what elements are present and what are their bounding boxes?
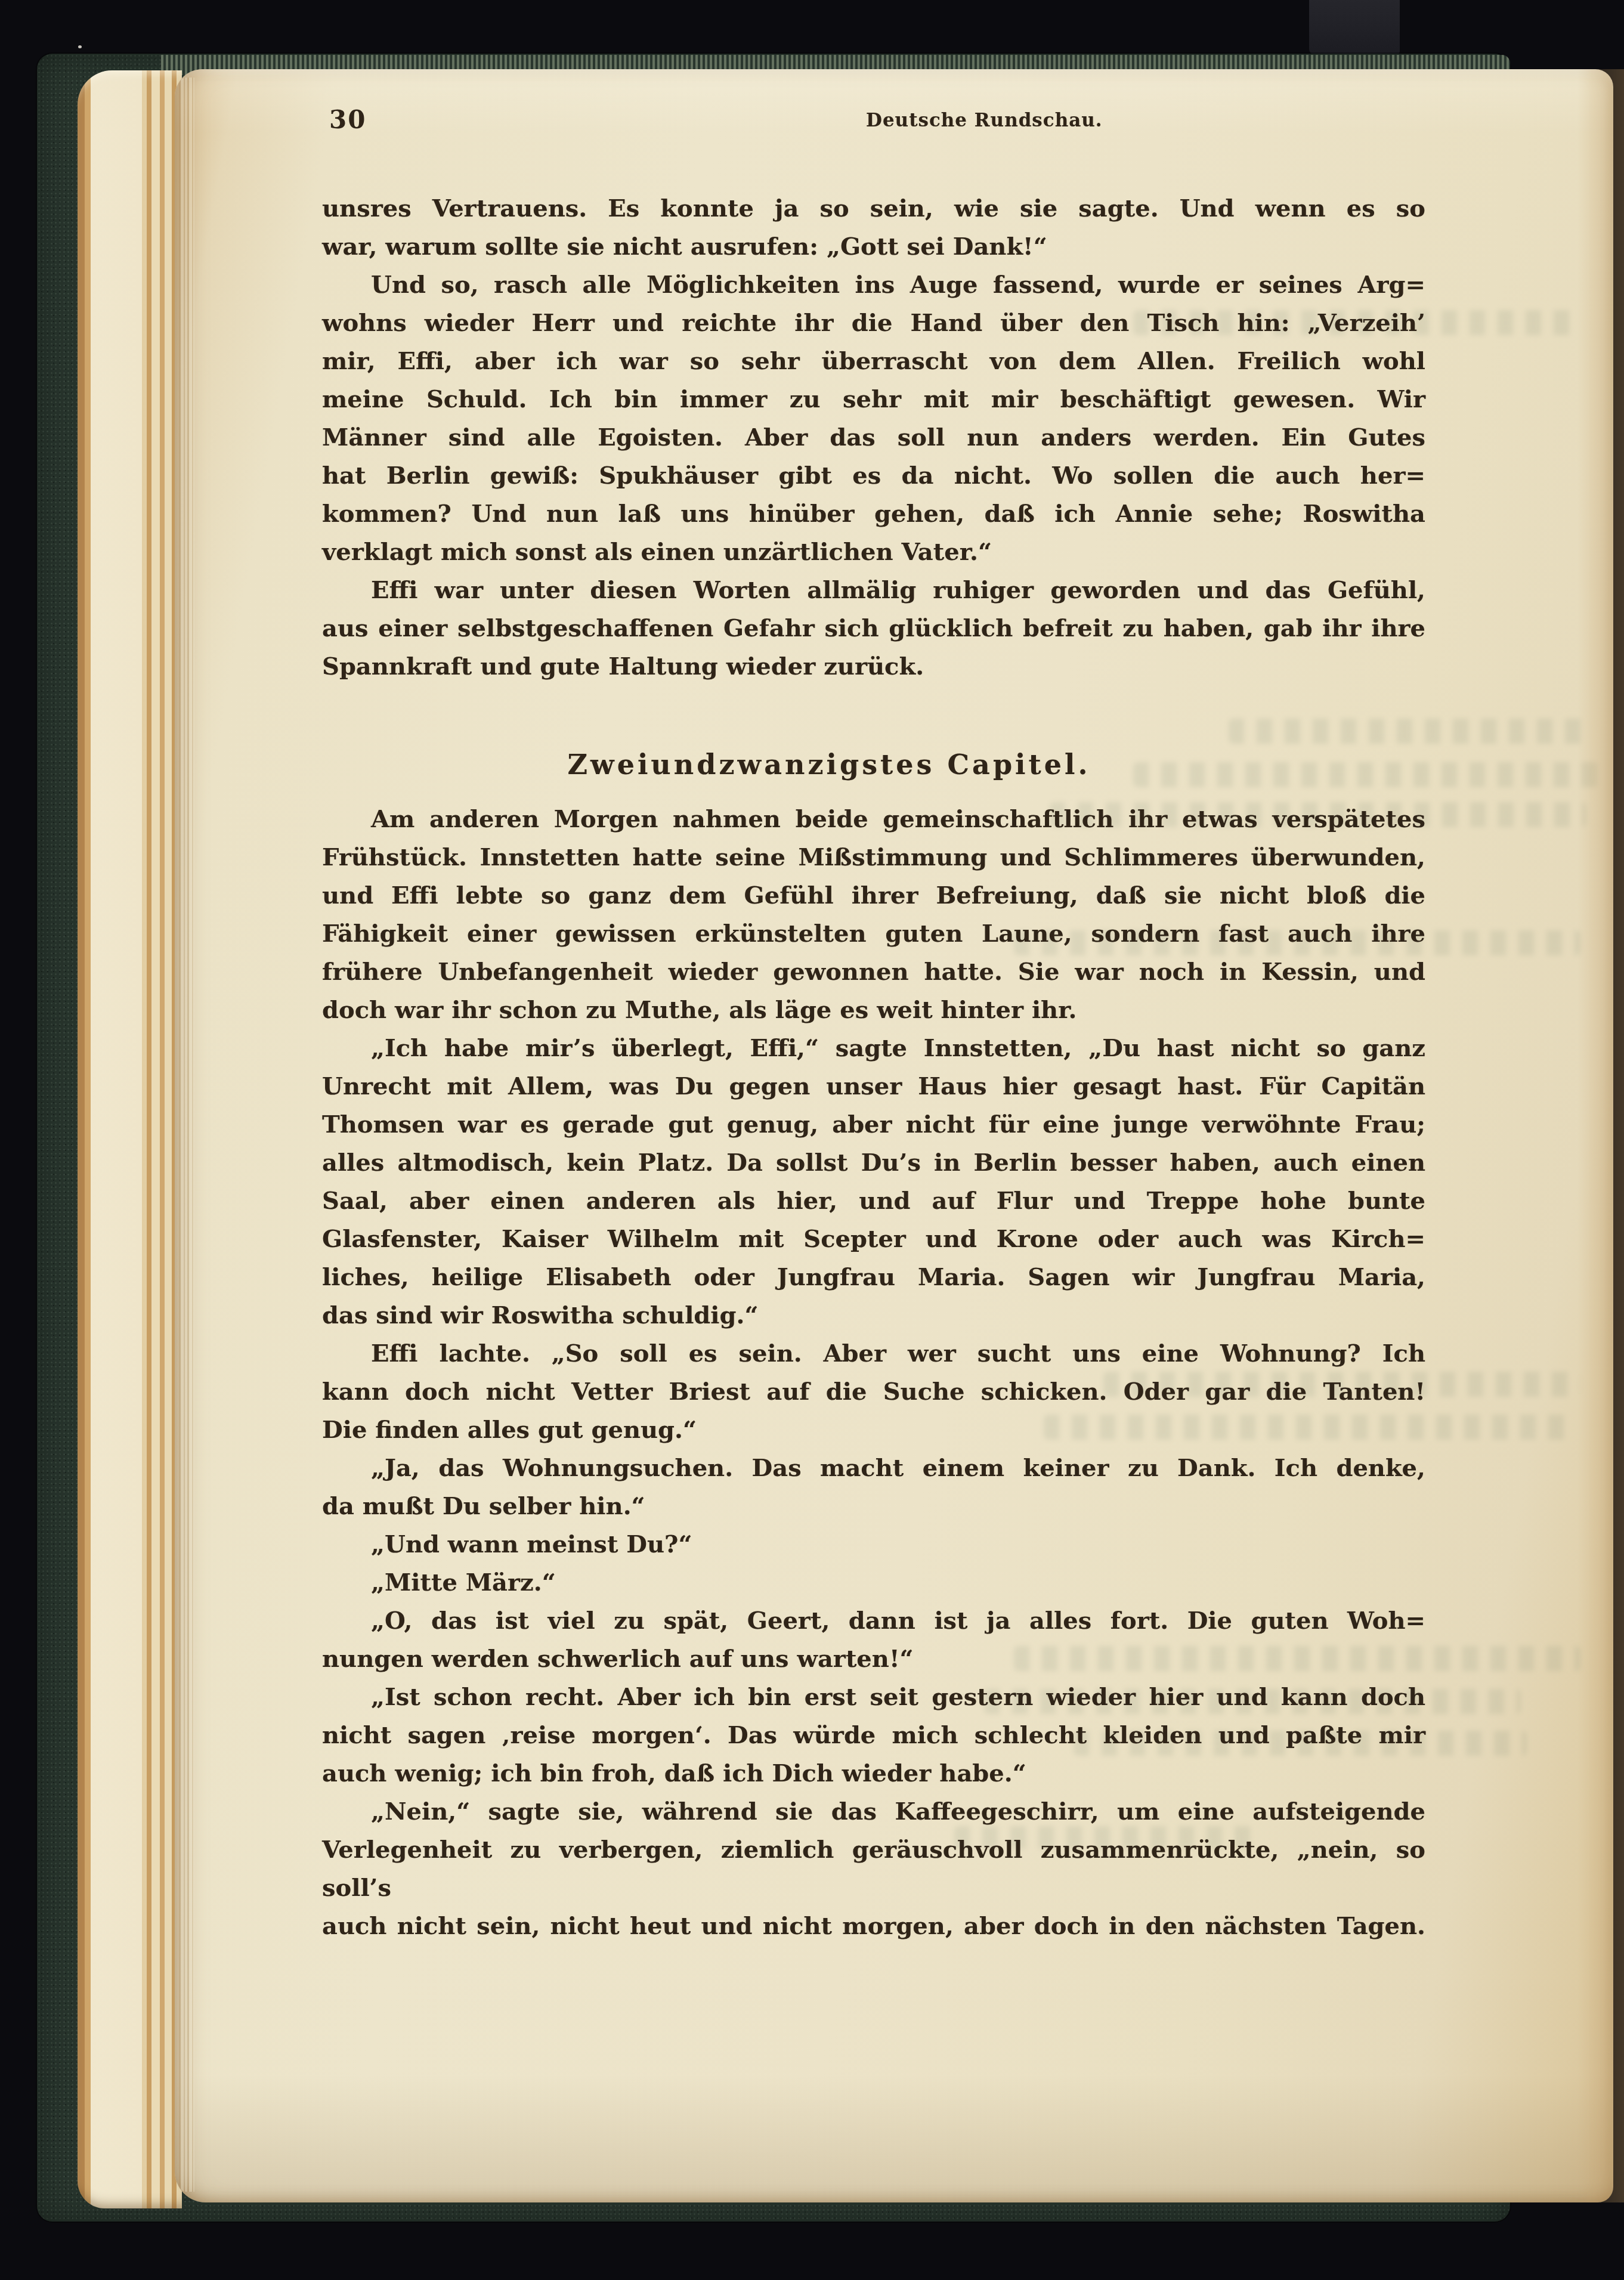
text-line: kommen? Und nun laß uns hinüber gehen, d… xyxy=(322,495,1425,533)
paragraph: Und so, rasch alle Möglichkeiten ins Aug… xyxy=(322,266,1425,571)
text-line: da mußt Du selber hin.“ xyxy=(322,1487,1425,1526)
text-line: wohns wieder Herr und reichte ihr die Ha… xyxy=(322,304,1425,342)
paragraph: Effi lachte. „So soll es sein. Aber wer … xyxy=(322,1335,1425,1449)
text-line: doch war ihr schon zu Muthe, als läge es… xyxy=(322,991,1425,1029)
text-line: das sind wir Roswitha schuldig.“ xyxy=(322,1297,1425,1335)
page-stack-edges xyxy=(78,70,182,2208)
text-line: Thomsen war es gerade gut genug, aber ni… xyxy=(322,1106,1425,1144)
text-line: Die finden alles gut genug.“ xyxy=(322,1411,1425,1449)
dust-speck xyxy=(78,45,82,48)
text-line: „Und wann meinst Du?“ xyxy=(322,1526,1425,1564)
text-line: verklagt mich sonst als einen unzärtlich… xyxy=(322,533,1425,571)
text-line: Saal, aber einen anderen als hier, und a… xyxy=(322,1182,1425,1220)
text-line: alles altmodisch, kein Platz. Da sollst … xyxy=(322,1144,1425,1182)
text-line: Spannkraft und gute Haltung wieder zurüc… xyxy=(322,648,1425,686)
text-line: liches, heilige Elisabeth oder Jungfrau … xyxy=(322,1258,1425,1297)
text-line: aus einer selbstgeschaffenen Gefahr sich… xyxy=(322,610,1425,648)
paragraph: „Ist schon recht. Aber ich bin erst seit… xyxy=(322,1678,1425,1793)
text-line: Glasfenster, Kaiser Wilhelm mit Scepter … xyxy=(322,1220,1425,1258)
text-line: „Mitte März.“ xyxy=(322,1564,1425,1602)
page-edge-striations xyxy=(179,78,194,2192)
paragraph: „Ja, das Wohnungsuchen. Das macht einem … xyxy=(322,1449,1425,1526)
text-line: frühere Unbefangenheit wieder gewonnen h… xyxy=(322,953,1425,991)
text-line: Am anderen Morgen nahmen beide gemeinsch… xyxy=(322,800,1425,839)
text-line: hat Berlin gewiß: Spukhäuser gibt es da … xyxy=(322,457,1425,495)
paragraph: Effi war unter diesen Worten allmälig ru… xyxy=(322,571,1425,686)
text-line: Männer sind alle Egoisten. Aber das soll… xyxy=(322,419,1425,457)
text-line: Und so, rasch alle Möglichkeiten ins Aug… xyxy=(322,266,1425,304)
paragraph: Am anderen Morgen nahmen beide gemeinsch… xyxy=(322,800,1425,1029)
text-line: „Ja, das Wohnungsuchen. Das macht einem … xyxy=(322,1449,1425,1487)
text-line: auch nicht sein, nicht heut und nicht mo… xyxy=(322,1907,1425,1945)
text-line: Verlegenheit zu verbergen, ziemlich gerä… xyxy=(322,1831,1425,1907)
chapter-heading: Zweiundzwanzigstes Capitel. xyxy=(322,745,1336,784)
paragraph: „Ich habe mir’s überlegt, Effi,“ sagte I… xyxy=(322,1029,1425,1335)
text-line: meine Schuld. Ich bin immer zu sehr mit … xyxy=(322,380,1425,419)
text-line: nicht sagen ‚reise morgen‘. Das würde mi… xyxy=(322,1716,1425,1755)
text-line: Frühstück. Innstetten hatte seine Mißsti… xyxy=(322,839,1425,877)
book-stand-clamp xyxy=(1309,0,1400,55)
text-line: „Ist schon recht. Aber ich bin erst seit… xyxy=(322,1678,1425,1716)
page-header: 30 Deutsche Rundschau. xyxy=(322,103,1425,138)
text-line: Effi war unter diesen Worten allmälig ru… xyxy=(322,571,1425,610)
text-block: unsres Vertrauens. Es konnte ja so sein,… xyxy=(322,190,1425,1945)
text-line: kann doch nicht Vetter Briest auf die Su… xyxy=(322,1373,1425,1411)
text-line: Fähigkeit einer gewissen erkünstelten gu… xyxy=(322,915,1425,953)
text-line: mir, Effi, aber ich war so sehr überrasc… xyxy=(322,342,1425,380)
paragraph: „Nein,“ sagte sie, während sie das Kaffe… xyxy=(322,1793,1425,1945)
text-line: nungen werden schwerlich auf uns warten!… xyxy=(322,1640,1425,1678)
page-number: 30 xyxy=(329,105,366,134)
text-line: „Nein,“ sagte sie, während sie das Kaffe… xyxy=(322,1793,1425,1831)
text-line: „O, das ist viel zu spät, Geert, dann is… xyxy=(322,1602,1425,1640)
text-line: und Effi lebte so ganz dem Gefühl ihrer … xyxy=(322,877,1425,915)
paragraph: „Mitte März.“ xyxy=(322,1564,1425,1602)
running-title: Deutsche Rundschau. xyxy=(866,110,1103,131)
text-line: Effi lachte. „So soll es sein. Aber wer … xyxy=(322,1335,1425,1373)
paragraph: „O, das ist viel zu spät, Geert, dann is… xyxy=(322,1602,1425,1678)
text-line: Unrecht mit Allem, was Du gegen unser Ha… xyxy=(322,1068,1425,1106)
text-line: „Ich habe mir’s überlegt, Effi,“ sagte I… xyxy=(322,1029,1425,1068)
paragraph: „Und wann meinst Du?“ xyxy=(322,1526,1425,1564)
text-line: auch wenig; ich bin froh, daß ich Dich w… xyxy=(322,1755,1425,1793)
text-line: unsres Vertrauens. Es konnte ja so sein,… xyxy=(322,190,1425,228)
text-line: war, warum sollte sie nicht ausrufen: „G… xyxy=(322,228,1425,266)
paragraph: unsres Vertrauens. Es konnte ja so sein,… xyxy=(322,190,1425,266)
photo-background: { "colors": { "background": "#0b0b0f", "… xyxy=(0,0,1624,2280)
